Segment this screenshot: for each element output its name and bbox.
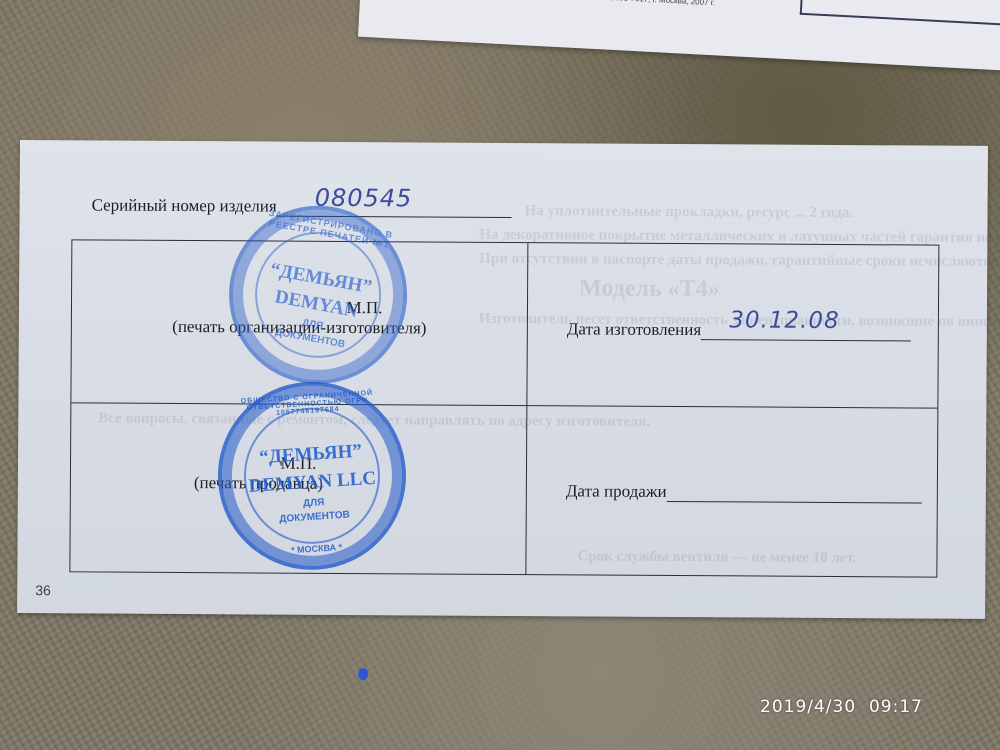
background-sheet: ...205, 208 7617, г. Москва, 2007 г. bbox=[358, 0, 1000, 73]
manufacture-date-label: Дата изготовления bbox=[567, 319, 701, 340]
background-sheet-footer: ...205, 208 7617, г. Москва, 2007 г. bbox=[590, 0, 715, 7]
manufacture-date-row: Дата изготовления 30.12.08 bbox=[567, 319, 911, 341]
table-row-divider bbox=[71, 402, 937, 408]
blue-speck bbox=[358, 668, 368, 680]
background-sheet-frame bbox=[800, 0, 1000, 27]
manufacture-date-field[interactable]: 30.12.08 bbox=[701, 321, 911, 341]
camera-timestamp: 2019/4/30 09:17 bbox=[760, 697, 923, 717]
seal-date-table: М.П. (печать организации-изготовителя) Д… bbox=[69, 239, 939, 577]
table-column-divider bbox=[525, 243, 528, 574]
page-number: 36 bbox=[35, 582, 51, 598]
sale-date-row: Дата продажи bbox=[566, 481, 922, 503]
manufacture-date-value: 30.12.08 bbox=[729, 307, 840, 334]
sale-date-field[interactable] bbox=[667, 483, 922, 504]
bleed-through-line: На уплотнительные прокладки, ресурс ... … bbox=[525, 203, 854, 222]
sale-date-label: Дата продажи bbox=[566, 481, 667, 502]
warranty-card-page: На уплотнительные прокладки, ресурс ... … bbox=[17, 140, 988, 619]
